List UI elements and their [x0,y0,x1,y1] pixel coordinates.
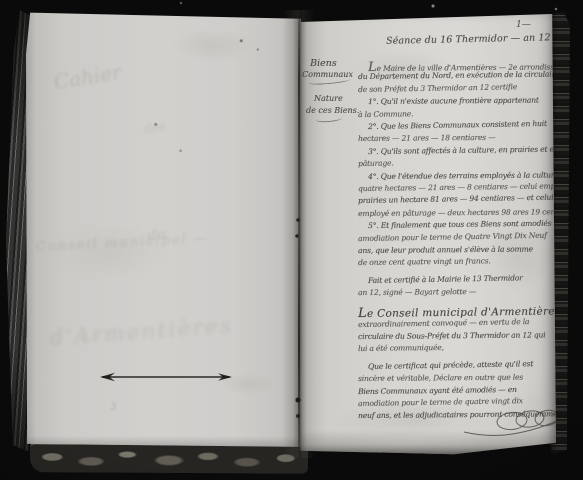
manuscript-scan: Cahier des du Conseil municipal — d'Arme… [0,0,583,480]
ghost-bleedthrough-line: des [143,120,165,136]
manuscript-line: amodiation pour le terme de Quatre Vingt… [358,230,547,242]
ghost-bleedthrough-line: Cahier [52,60,123,94]
book-cover-edge-bottom [30,443,308,473]
left-page: Cahier des du Conseil municipal — d'Arme… [26,10,302,450]
manuscript-line: employé en pâturage — deux hectares 98 a… [358,207,576,218]
manuscript-line: 4°. Que l'étendue des terrains employés … [368,170,583,181]
manuscript-line: de onze cent quatre vingt un francs. [358,257,491,268]
manuscript-line: Fait et certifié à la Mairie le 13 Therm… [368,273,523,285]
manuscript-line: quatre hectares — 21 ares — 8 centiares … [358,181,581,193]
manuscript-line: ans, que leur produit annuel s'élève à l… [358,244,533,255]
body-text: Le Maire de la ville d'Armentières — 2e … [300,14,556,456]
manuscript-line: 3°. Qu'ils sont affectés à la culture, e… [368,144,559,155]
manuscript-line: de son Préfet du 3 Thermidor an 12 certi… [358,82,517,94]
ghost-bleedthrough-line: d'Armentières [49,313,234,350]
ghost-bleedthrough-line: 3 [110,402,116,413]
manuscript-line: du Département du Nord, en exécution de … [358,70,559,82]
double-arrow-icon [90,370,242,384]
manuscript-line: Que le certificat qui précède, atteste q… [368,359,533,371]
manuscript-line: an 12, signé — Bayart gelotte — [358,287,476,297]
manuscript-line: circulaire du Sous-Préfet du 3 Thermidor… [358,330,545,341]
right-page: 1— Séance du 16 Thermidor — an 12 Biens … [300,14,556,456]
manuscript-line: à la Commune. [358,109,413,119]
signature-flourish-icon [460,406,572,440]
manuscript-line: Biens Communaux ayant été amodiés — en [358,385,517,396]
manuscript-line: sincère et véritable, Déclare en outre q… [358,373,523,383]
manuscript-line: 5°. Et finalement que tous ces Biens son… [368,219,563,231]
manuscript-line: 2°. Que les Biens Communaux consistent e… [368,119,547,131]
manuscript-line: prairies un hectare 81 ares — 94 centiar… [358,193,553,205]
manuscript-line: lui a été communiquée, [358,343,444,353]
manuscript-line: hectares — 21 ares — 18 centiares — [358,133,496,143]
manuscript-line: pâturage. [358,159,394,169]
ghost-bleedthrough-line: Conseil municipal — [36,231,210,255]
manuscript-line: 1°. Qu'il n'existe aucune frontière appa… [368,96,539,106]
